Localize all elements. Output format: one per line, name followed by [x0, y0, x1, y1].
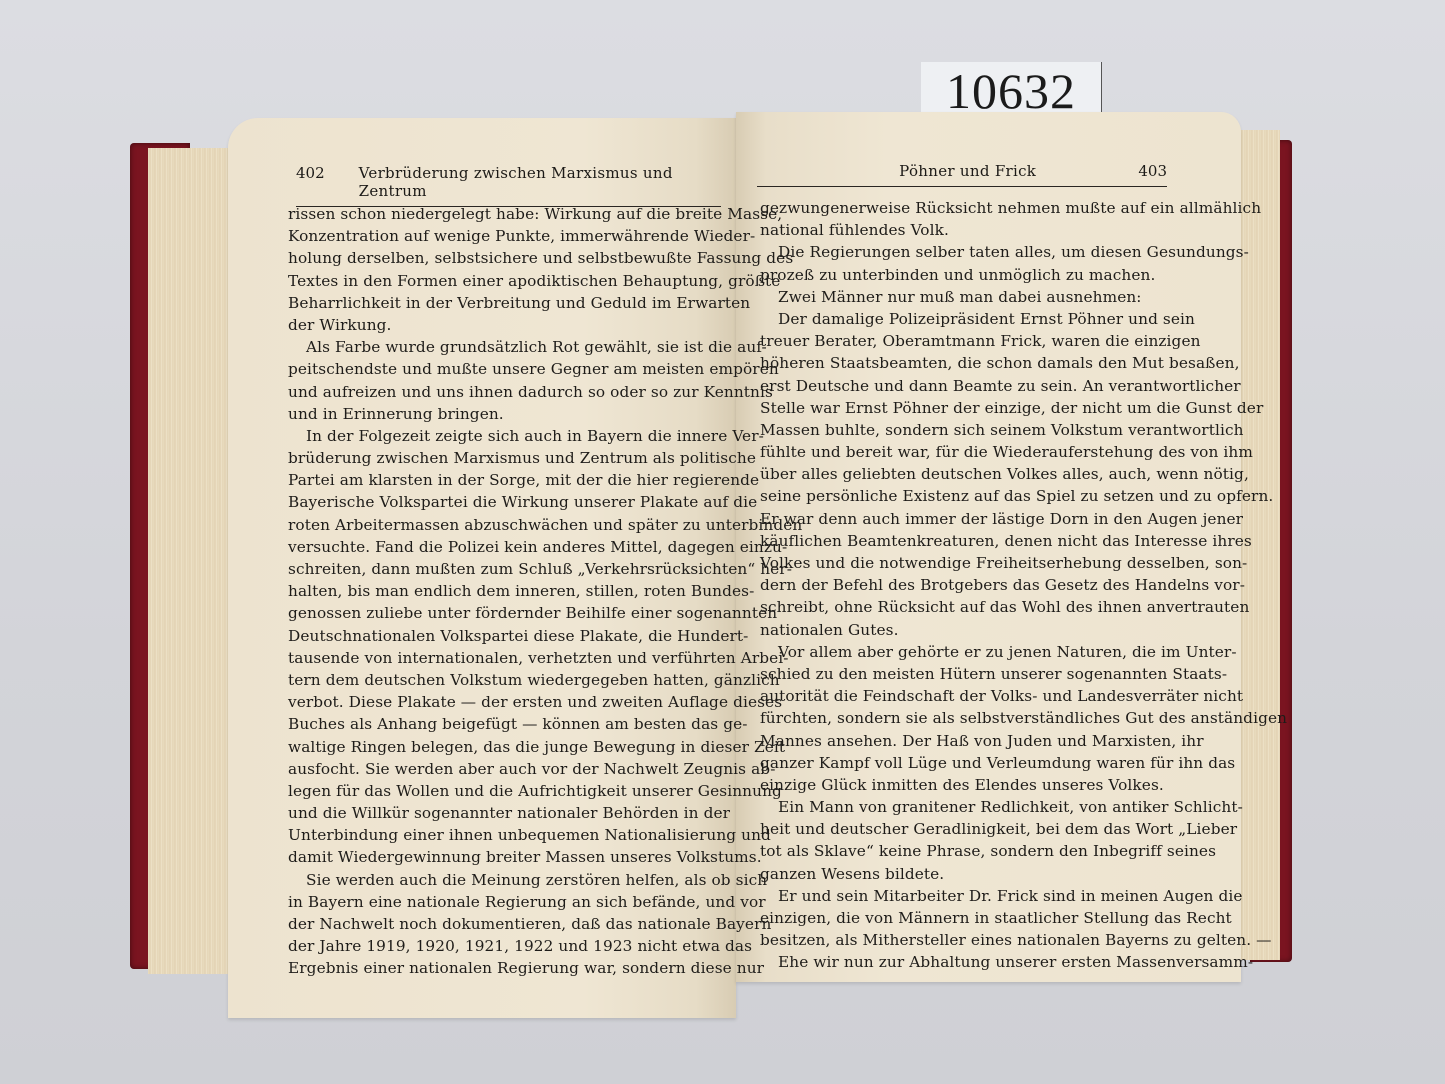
text-line: und aufreizen und uns ihnen dadurch so o… — [288, 381, 718, 403]
text-line: legen für das Wollen und die Aufrichtigk… — [288, 780, 718, 802]
text-line: schreiten, dann mußten zum Schluß „Verke… — [288, 558, 718, 580]
text-line: genossen zuliebe unter fördernder Beihil… — [288, 602, 718, 624]
left-page-body: rissen schon niedergelegt habe: Wirkung … — [288, 203, 718, 980]
text-line: erst Deutsche und dann Beamte zu sein. A… — [760, 375, 1185, 397]
text-line: dern der Befehl des Brotgebers das Geset… — [760, 574, 1185, 596]
page-number-right: 403 — [1138, 162, 1167, 180]
text-line: Unterbindung einer ihnen unbequemen Nati… — [288, 824, 718, 846]
text-line: käuflichen Beamtenkreaturen, denen nicht… — [760, 530, 1185, 552]
text-line: Buches als Anhang beigefügt — können am … — [288, 713, 718, 735]
text-line: Konzentration auf wenige Punkte, immerwä… — [288, 225, 718, 247]
text-line: gezwungenerweise Rücksicht nehmen mußte … — [760, 197, 1185, 219]
text-line: holung derselben, selbstsichere und selb… — [288, 247, 718, 269]
text-line: einzigen, die von Männern in staatlicher… — [760, 907, 1185, 929]
text-line: ausfocht. Sie werden aber auch vor der N… — [288, 758, 718, 780]
text-line: Die Regierungen selber taten alles, um d… — [760, 241, 1185, 263]
text-line: Zwei Männer nur muß man dabei ausnehmen: — [760, 286, 1185, 308]
text-line: fürchten, sondern sie als selbstverständ… — [760, 707, 1185, 729]
text-line: schied zu den meisten Hütern unserer sog… — [760, 663, 1185, 685]
text-line: peitschendste und mußte unsere Gegner am… — [288, 358, 718, 380]
text-line: verbot. Diese Plakate — der ersten und z… — [288, 691, 718, 713]
text-line: Der damalige Polizeipräsident Ernst Pöhn… — [760, 308, 1185, 330]
text-line: Beharrlichkeit in der Verbreitung und Ge… — [288, 292, 718, 314]
text-line: prozeß zu unterbinden und unmöglich zu m… — [760, 264, 1185, 286]
text-line: brüderung zwischen Marxismus und Zentrum… — [288, 447, 718, 469]
text-line: rissen schon niedergelegt habe: Wirkung … — [288, 203, 718, 225]
text-line: tot als Sklave“ keine Phrase, sondern de… — [760, 840, 1185, 862]
text-line: national fühlendes Volk. — [760, 219, 1185, 241]
right-running-header: Pöhner und Frick 403 — [757, 162, 1167, 187]
text-line: über alles geliebten deutschen Volkes al… — [760, 463, 1185, 485]
text-line: einzige Glück inmitten des Elendes unser… — [760, 774, 1185, 796]
text-line: seine persönliche Existenz auf das Spiel… — [760, 485, 1185, 507]
text-line: Er war denn auch immer der lästige Dorn … — [760, 508, 1185, 530]
text-line: halten, bis man endlich dem inneren, sti… — [288, 580, 718, 602]
text-line: nationalen Gutes. — [760, 619, 1185, 641]
text-line: Ehe wir nun zur Abhaltung unserer ersten… — [760, 951, 1185, 973]
text-line: Er und sein Mitarbeiter Dr. Frick sind i… — [760, 885, 1185, 907]
text-line: Sie werden auch die Meinung zerstören he… — [288, 869, 718, 891]
text-line: Stelle war Ernst Pöhner der einzige, der… — [760, 397, 1185, 419]
text-line: Vor allem aber gehörte er zu jenen Natur… — [760, 641, 1185, 663]
text-line: Textes in den Formen einer apodiktischen… — [288, 270, 718, 292]
text-line: damit Wiedergewinnung breiter Massen uns… — [288, 846, 718, 868]
text-line: höheren Staatsbeamten, die schon damals … — [760, 352, 1185, 374]
text-line: der Nachwelt noch dokumentieren, daß das… — [288, 913, 718, 935]
text-line: und in Erinnerung bringen. — [288, 403, 718, 425]
running-head-right: Pöhner und Frick — [757, 162, 1138, 180]
text-line: autorität die Feindschaft der Volks- und… — [760, 685, 1185, 707]
right-page-body: gezwungenerweise Rücksicht nehmen mußte … — [760, 197, 1185, 974]
text-line: Bayerische Volkspartei die Wirkung unser… — [288, 491, 718, 513]
text-line: der Wirkung. — [288, 314, 718, 336]
text-line: Als Farbe wurde grundsätzlich Rot gewähl… — [288, 336, 718, 358]
text-line: ganzer Kampf voll Lüge und Verleumdung w… — [760, 752, 1185, 774]
text-line: der Jahre 1919, 1920, 1921, 1922 und 192… — [288, 935, 718, 957]
page-number-left: 402 — [296, 164, 325, 182]
text-line: versuchte. Fand die Polizei kein anderes… — [288, 536, 718, 558]
text-line: schreibt, ohne Rücksicht auf das Wohl de… — [760, 596, 1185, 618]
text-line: ganzen Wesens bildete. — [760, 863, 1185, 885]
text-line: waltige Ringen belegen, das die junge Be… — [288, 736, 718, 758]
text-line: besitzen, als Mithersteller eines nation… — [760, 929, 1185, 951]
left-running-header: 402 Verbrüderung zwischen Marxismus und … — [296, 164, 721, 207]
text-line: Partei am klarsten in der Sorge, mit der… — [288, 469, 718, 491]
text-line: fühlte und bereit war, für die Wiederauf… — [760, 441, 1185, 463]
text-line: Deutschnationalen Volkspartei diese Plak… — [288, 625, 718, 647]
text-line: Mannes ansehen. Der Haß von Juden und Ma… — [760, 730, 1185, 752]
text-line: und die Willkür sogenannter nationaler B… — [288, 802, 718, 824]
text-line: In der Folgezeit zeigte sich auch in Bay… — [288, 425, 718, 447]
text-line: in Bayern eine nationale Regierung an si… — [288, 891, 718, 913]
text-line: roten Arbeitermassen abzuschwächen und s… — [288, 514, 718, 536]
text-line: heit und deutscher Geradlinigkeit, bei d… — [760, 818, 1185, 840]
text-line: Ein Mann von granitener Redlichkeit, von… — [760, 796, 1185, 818]
text-line: tausende von internationalen, verhetzten… — [288, 647, 718, 669]
text-line: Ergebnis einer nationalen Regierung war,… — [288, 957, 718, 979]
running-head-left: Verbrüderung zwischen Marxismus und Zent… — [359, 164, 721, 200]
text-line: Volkes und die notwendige Freiheitserheb… — [760, 552, 1185, 574]
text-line: tern dem deutschen Volkstum wiedergegebe… — [288, 669, 718, 691]
page-edges-left — [148, 148, 238, 974]
text-line: Massen buhlte, sondern sich seinem Volks… — [760, 419, 1185, 441]
text-line: treuer Berater, Oberamtmann Frick, waren… — [760, 330, 1185, 352]
